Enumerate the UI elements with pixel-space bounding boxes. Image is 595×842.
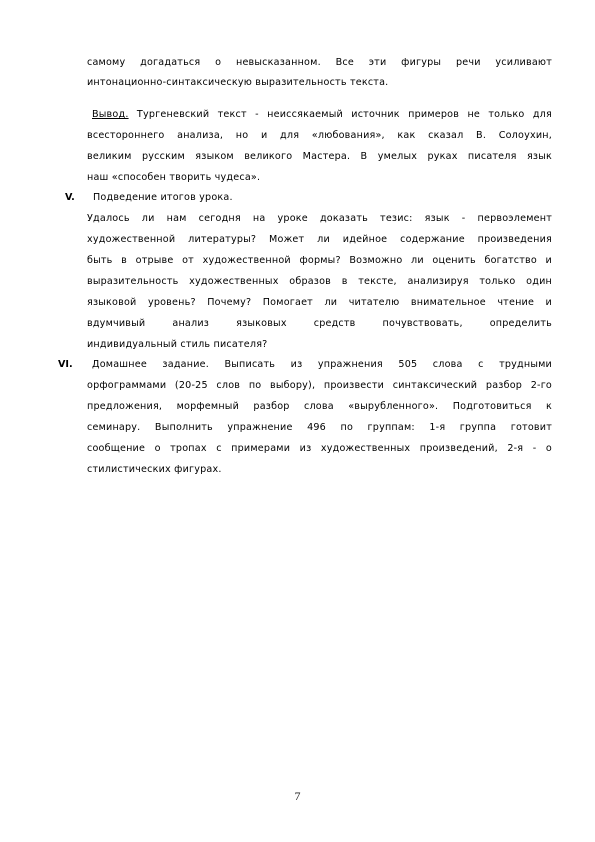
conclusion-text: Тургеневский текст - неиссякаемый источн… [129, 109, 552, 120]
section-line: Удалось ли нам сегодня на уроке доказать… [87, 213, 552, 225]
page-number: 7 [0, 789, 595, 804]
section-line: сообщение о тропах с примерами из художе… [87, 443, 552, 455]
section-line: предложения, морфемный разбор слова «выр… [87, 401, 552, 413]
section-line: семинару. Выполнить упражнение 496 по гр… [87, 422, 552, 434]
conclusion-label: Вывод. [92, 109, 129, 120]
section-line: выразительность художественных образов в… [87, 276, 552, 288]
section-numeral: V. [65, 192, 75, 204]
section-line: художественной литературы? Может ли идей… [87, 234, 552, 246]
conclusion-line: Вывод. Тургеневский текст - неиссякаемый… [92, 109, 552, 121]
paragraph-line: интонационно-синтаксическую выразительно… [87, 77, 552, 89]
section-line: орфограммами (20-25 слов по выбору), про… [87, 380, 552, 392]
section-line: быть в отрыве от художественной формы? В… [87, 255, 552, 267]
section-numeral: VI. [58, 359, 73, 371]
section-title: Подведение итогов урока. [93, 192, 233, 204]
section-line: стилистических фигурах. [87, 464, 552, 476]
paragraph-line: самому догадаться о невысказанном. Все э… [87, 57, 552, 69]
section-line: языковой уровень? Почему? Помогает ли чи… [87, 297, 552, 309]
section-line: Домашнее задание. Выписать из упражнения… [92, 359, 552, 371]
conclusion-line: великим русским языком великого Мастера.… [87, 151, 552, 163]
conclusion-line: всестороннего анализа, но и для «любован… [87, 130, 552, 142]
section-line: вдумчивый анализ языковых средств почувс… [87, 318, 552, 330]
conclusion-line: наш «способен творить чудеса». [87, 172, 552, 184]
section-line: индивидуальный стиль писателя? [87, 339, 552, 351]
